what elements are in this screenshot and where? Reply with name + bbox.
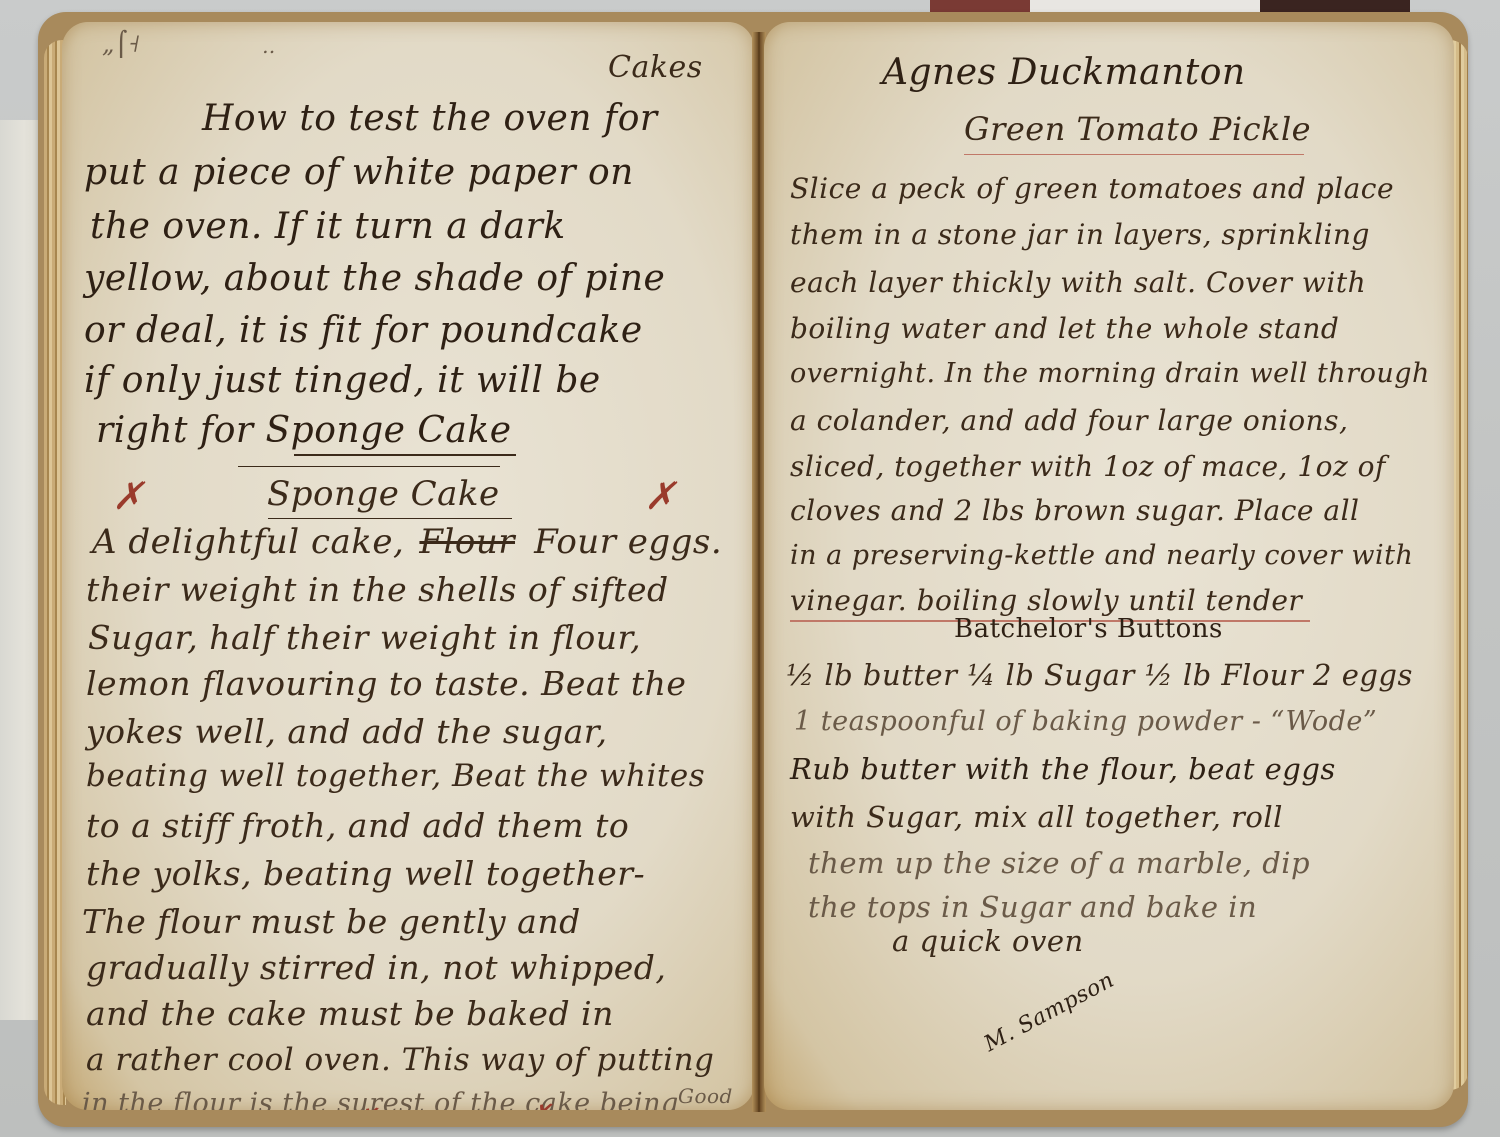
red-mark: ✗ xyxy=(528,1098,552,1110)
red-check-mark: ✗ xyxy=(112,474,144,518)
red-check-mark: ✗ xyxy=(644,474,676,518)
recipe-line: sliced, together with 1oz of mace, 1oz o… xyxy=(790,450,1386,483)
recipe-line: boiling water and let the whole stand xyxy=(790,312,1339,345)
recipe-line: vinegar. boiling slowly until tender xyxy=(790,584,1302,617)
top-mark-1: „⌠˧ xyxy=(102,30,140,58)
oven-test-line: or deal, it is fit for poundcake xyxy=(84,310,643,351)
recipe-line: overnight. In the morning drain well thr… xyxy=(790,358,1430,389)
recipe-line: a colander, and add four large onions, xyxy=(790,404,1348,437)
right-page: Agnes Duckmanton Green Tomato Pickle Sli… xyxy=(764,22,1454,1110)
recipe-line: yokes well, and add the sugar, xyxy=(86,712,607,751)
recipe-line: and the cake must be baked in xyxy=(86,994,614,1033)
recipe-title: Green Tomato Pickle xyxy=(964,110,1311,148)
oven-test-line: yellow, about the shade of pine xyxy=(84,258,665,299)
grade-note-right: Good xyxy=(678,1084,733,1108)
recipe-line: to a stiff froth, and add them to xyxy=(86,806,629,845)
oven-test-line: the oven. If it turn a dark xyxy=(90,206,566,247)
recipe-line: with Sugar, mix all together, roll xyxy=(790,800,1283,834)
color-calibration-strip xyxy=(930,0,1410,12)
oven-test-line: right for Sponge Cake xyxy=(96,410,512,451)
top-mark-2: ‥ xyxy=(262,34,276,58)
recipe-line: Rub butter with the flour, beat eggs xyxy=(790,752,1336,786)
grade-note: Good xyxy=(262,1108,327,1110)
recipe-line: The flour must be gently and xyxy=(82,902,581,941)
struck-word: Flour xyxy=(419,522,515,562)
recipe-line: them in a stone jar in layers, sprinklin… xyxy=(790,218,1370,251)
left-page: „⌠˧ ‥ Cakes How to test the oven for put… xyxy=(62,22,754,1110)
recipe-line: cloves and 2 lbs brown sugar. Place all xyxy=(790,494,1360,527)
recipe-line: lemon flavouring to taste. Beat the xyxy=(86,664,686,703)
red-mark: ✗ xyxy=(354,1102,378,1110)
recipe-line: 1 teaspoonful of baking powder - “Wode” xyxy=(794,706,1377,737)
recipe-line: beating well together, Beat the whites xyxy=(86,758,705,794)
recipe-line: Sugar, half their weight in flour, xyxy=(88,618,641,657)
recipe-first-line: A delightful cake, Flour Four eggs. xyxy=(92,522,722,562)
underline xyxy=(294,454,516,456)
recipe-title: Batchelor's Buttons xyxy=(954,614,1223,644)
oven-test-line: How to test the oven for xyxy=(202,98,658,139)
owner-name: Agnes Duckmanton xyxy=(882,52,1246,93)
recipe-title: Sponge Cake xyxy=(267,474,500,514)
recipe-line: a quick oven xyxy=(892,924,1084,958)
oven-test-line: if only just tinged, it will be xyxy=(84,360,601,401)
recipe-line: in the flour is the surest of the cake b… xyxy=(82,1088,679,1110)
recipe-line: their weight in the shells of sifted xyxy=(86,570,669,609)
recipe-line: each layer thickly with salt. Cover with xyxy=(790,266,1366,299)
section-divider xyxy=(238,466,500,467)
section-label: Cakes xyxy=(608,50,703,85)
recipe-line: them up the size of a marble, dip xyxy=(808,846,1310,880)
recipe-line: in a preserving-kettle and nearly cover … xyxy=(790,540,1413,571)
recipe-line: a rather cool oven. This way of putting xyxy=(86,1042,714,1078)
recipe-line: ½ lb butter ¼ lb Sugar ½ lb Flour 2 eggs xyxy=(786,658,1413,692)
oven-test-line: put a piece of white paper on xyxy=(84,152,634,193)
signature: M. Sampson xyxy=(980,968,1118,1057)
title-underline xyxy=(268,518,512,519)
title-underline xyxy=(964,154,1304,155)
recipe-line: Slice a peck of green tomatoes and place xyxy=(790,172,1394,205)
recipe-line: the tops in Sugar and bake in xyxy=(808,890,1257,924)
recipe-line: gradually stirred in, not whipped, xyxy=(86,948,666,987)
recipe-line: the yolks, beating well together- xyxy=(86,854,645,893)
